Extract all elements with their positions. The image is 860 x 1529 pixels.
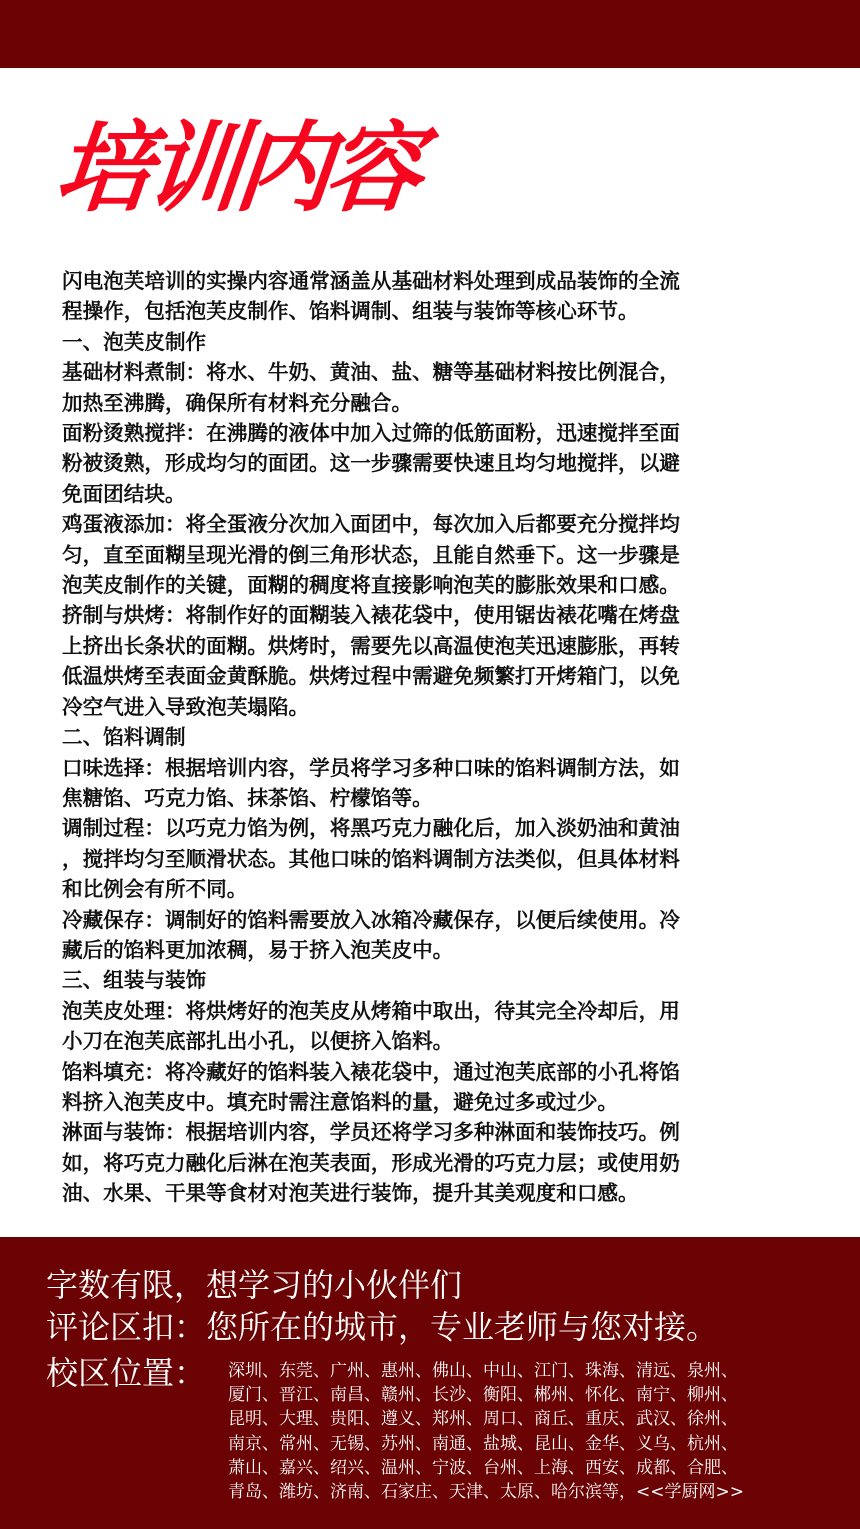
- content-line: 匀，直至面糊呈现光滑的倒三角形状态，且能自然垂下。这一步骤是: [62, 540, 802, 570]
- content-line: 和比例会有所不同。: [62, 874, 802, 904]
- content-line: 粉被烫熟，形成均匀的面团。这一步骤需要快速且均匀地搅拌，以避: [62, 448, 802, 478]
- campus-location-label: 校区位置：: [46, 1353, 206, 1393]
- content-line: 闪电泡芙培训的实操内容通常涵盖从基础材料处理到成品装饰的全流: [62, 266, 802, 296]
- section-heading-3: 三、组装与装饰: [62, 965, 802, 995]
- content-line: 小刀在泡芙底部扎出小孔，以便挤入馅料。: [62, 1026, 802, 1056]
- training-content-body: 闪电泡芙培训的实操内容通常涵盖从基础材料处理到成品装饰的全流 程操作，包括泡芙皮…: [62, 266, 802, 1209]
- content-line: 料挤入泡芙皮中。填充时需注意馅料的量，避免过多或过少。: [62, 1087, 802, 1117]
- content-line: 挤制与烘烤：将制作好的面糊装入裱花袋中，使用锯齿裱花嘴在烤盘: [62, 600, 802, 630]
- section-heading-1: 一、泡芙皮制作: [62, 327, 802, 357]
- content-line: 上挤出长条状的面糊。烘烤时，需要先以高温使泡芙迅速膨胀，再转: [62, 631, 802, 661]
- content-line: 藏后的馅料更加浓稠，易于挤入泡芙皮中。: [62, 935, 802, 965]
- top-banner-band: [0, 0, 860, 68]
- campus-location-list: 深圳、东莞、广州、惠州、佛山、中山、江门、珠海、清远、泉州、 厦门、晋江、南昌、…: [228, 1359, 828, 1504]
- location-line: 厦门、晋江、南昌、赣州、长沙、衡阳、郴州、怀化、南宁、柳州、: [228, 1383, 828, 1407]
- content-line: 鸡蛋液添加：将全蛋液分次加入面团中，每次加入后都要充分搅拌均: [62, 509, 802, 539]
- content-line: 淋面与装饰：根据培训内容，学员还将学习多种淋面和装饰技巧。例: [62, 1117, 802, 1147]
- content-line: 油、水果、干果等食材对泡芙进行装饰，提升其美观度和口感。: [62, 1178, 802, 1208]
- location-line: 南京、常州、无锡、苏州、南通、盐城、昆山、金华、义乌、杭州、: [228, 1432, 828, 1456]
- content-line: 加热至沸腾，确保所有材料充分融合。: [62, 388, 802, 418]
- location-line: 深圳、东莞、广州、惠州、佛山、中山、江门、珠海、清远、泉州、: [228, 1359, 828, 1383]
- footer-band: 字数有限，想学习的小伙伴们 评论区扣：您所在的城市，专业老师与您对接。 校区位置…: [0, 1237, 860, 1529]
- content-line: 泡芙皮制作的关键，面糊的稠度将直接影响泡芙的膨胀效果和口感。: [62, 570, 802, 600]
- content-line: 程操作，包括泡芙皮制作、馅料调制、组装与装饰等核心环节。: [62, 296, 802, 326]
- cta-line-1: 字数有限，想学习的小伙伴们: [46, 1265, 462, 1305]
- cta-line-2: 评论区扣：您所在的城市，专业老师与您对接。: [46, 1307, 718, 1347]
- content-line: ，搅拌均匀至顺滑状态。其他口味的馅料调制方法类似，但具体材料: [62, 844, 802, 874]
- content-line: 免面团结块。: [62, 479, 802, 509]
- content-line: 馅料填充：将冷藏好的馅料装入裱花袋中，通过泡芙底部的小孔将馅: [62, 1057, 802, 1087]
- content-line: 泡芙皮处理：将烘烤好的泡芙皮从烤箱中取出，待其完全冷却后，用: [62, 996, 802, 1026]
- location-line: 昆明、大理、贵阳、遵义、郑州、周口、商丘、重庆、武汉、徐州、: [228, 1407, 828, 1431]
- content-line: 如，将巧克力融化后淋在泡芙表面，形成光滑的巧克力层；或使用奶: [62, 1148, 802, 1178]
- content-line: 面粉烫熟搅拌：在沸腾的液体中加入过筛的低筋面粉，迅速搅拌至面: [62, 418, 802, 448]
- location-line: 青岛、潍坊、济南、石家庄、天津、太原、哈尔滨等，<<学厨网>>: [228, 1480, 828, 1504]
- content-line: 低温烘烤至表面金黄酥脆。烘烤过程中需避免频繁打开烤箱门，以免: [62, 661, 802, 691]
- content-line: 冷藏保存：调制好的馅料需要放入冰箱冷藏保存，以便后续使用。冷: [62, 905, 802, 935]
- page-title: 培训内容: [50, 112, 422, 224]
- content-line: 焦糖馅、巧克力馅、抹茶馅、柠檬馅等。: [62, 783, 802, 813]
- location-line: 萧山、嘉兴、绍兴、温州、宁波、台州、上海、西安、成都、合肥、: [228, 1456, 828, 1480]
- content-line: 基础材料煮制：将水、牛奶、黄油、盐、糖等基础材料按比例混合，: [62, 357, 802, 387]
- content-line: 冷空气进入导致泡芙塌陷。: [62, 692, 802, 722]
- content-line: 调制过程：以巧克力馅为例，将黑巧克力融化后，加入淡奶油和黄油: [62, 813, 802, 843]
- content-line: 口味选择：根据培训内容，学员将学习多种口味的馅料调制方法，如: [62, 753, 802, 783]
- section-heading-2: 二、馅料调制: [62, 722, 802, 752]
